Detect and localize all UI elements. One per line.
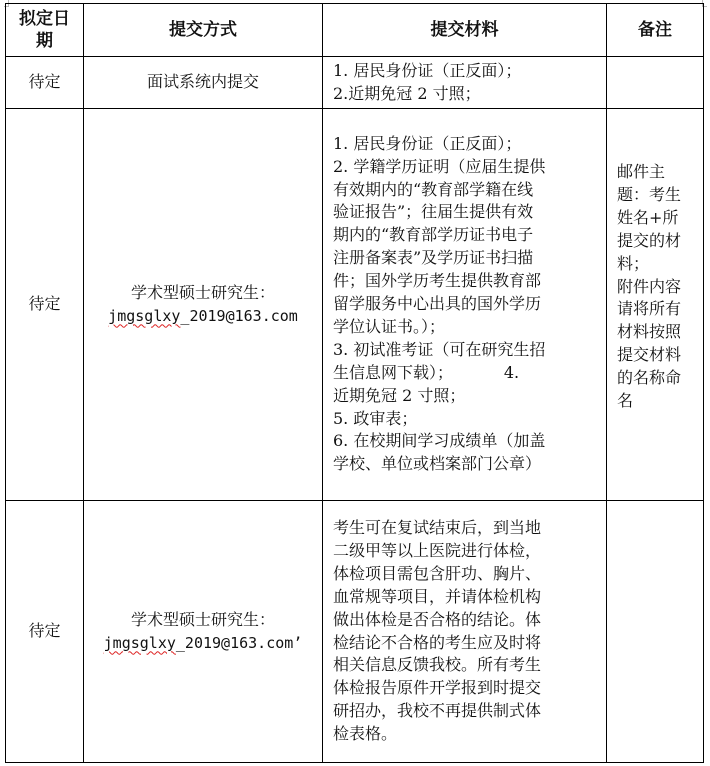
note-line: 的名称命 [617, 367, 697, 390]
materials-line: 体检项目需包含肝功、胸片、 [333, 563, 598, 586]
note-line: 附件内容 [617, 276, 697, 299]
materials-line: 考生可在复试结束后，到当地 [333, 517, 598, 540]
email-address[interactable]: jmgsglxy_2019@163.com’ [104, 634, 303, 652]
note-cell [607, 57, 704, 109]
materials-line: 验证报告”；往届生提供有效 [333, 201, 598, 224]
header-row: 拟定日 期 提交方式 提交材料 备注 [6, 4, 704, 57]
note-cell: 邮件主 题：考生 姓名+所 提交的材 料； 附件内容 请将所有 材料按照 提交材… [607, 109, 704, 501]
materials-line: 血常规等项目，并请体检机构 [333, 586, 598, 609]
materials-line: 2. 学籍学历证明（应届生提供 [333, 156, 598, 179]
email-domain: _2019@163.com’ [176, 634, 302, 652]
note-line: 姓名+所 [617, 207, 697, 230]
materials-line: 检表格。 [333, 723, 598, 746]
note-line: 提交的材 [617, 230, 697, 253]
materials-cell: 1. 居民身份证（正反面）； 2. 学籍学历证明（应届生提供 有效期内的“教育部… [323, 109, 607, 501]
materials-line: 做出体检是否合格的结论。体 [333, 609, 598, 632]
materials-line: 生信息网下载）； 4. [333, 362, 598, 385]
date-cell: 待定 [6, 57, 84, 109]
materials-line: 检结论不合格的考生应及时将 [333, 632, 598, 655]
header-note: 备注 [607, 4, 704, 57]
method-cell: 学术型硕士研究生： jmgsglxy_2019@163.com’ [84, 501, 323, 763]
header-date-line: 期 [6, 30, 83, 52]
materials-line: 学位认证书。）； [333, 316, 598, 339]
note-line: 邮件主 [617, 161, 697, 184]
table-row: 待定 学术型硕士研究生： jmgsglxy_2019@163.com 1. 居民… [6, 109, 704, 501]
materials-cell: 考生可在复试结束后，到当地 二级甲等以上医院进行体检， 体检项目需包含肝功、胸片… [323, 501, 607, 763]
date-cell: 待定 [6, 109, 84, 501]
note-cell [607, 501, 704, 763]
email-address[interactable]: jmgsglxy_2019@163.com [108, 307, 298, 325]
method-cell: 学术型硕士研究生： jmgsglxy_2019@163.com [84, 109, 323, 501]
submission-table: 拟定日 期 提交方式 提交材料 备注 待定 面试系统内提交 1. 居民身份证（正… [5, 3, 704, 763]
note-line: 名 [617, 390, 697, 413]
email-domain: _2019@163.com [180, 307, 297, 325]
email-user: jmgsglxy [104, 634, 176, 652]
materials-line: 有效期内的“教育部学籍在线 [333, 179, 598, 202]
header-date-line: 拟定日 [6, 8, 83, 30]
method-label: 学术型硕士研究生： [104, 609, 303, 632]
materials-line: 留学服务中心出具的国外学历 [333, 293, 598, 316]
materials-line: 2.近期免冠 2 寸照； [333, 83, 598, 106]
materials-line: 5. 政审表； [333, 408, 598, 431]
materials-line: 二级甲等以上医院进行体检， [333, 540, 598, 563]
materials-line: 6. 在校期间学习成绩单（加盖 [333, 430, 598, 453]
note-line: 请将所有 [617, 298, 697, 321]
header-date: 拟定日 期 [6, 4, 84, 57]
method-label: 学术型硕士研究生： [108, 282, 298, 305]
method-block: 学术型硕士研究生： jmgsglxy_2019@163.com [108, 282, 298, 328]
materials-line: 1. 居民身份证（正反面）； [333, 60, 598, 83]
materials-line: 研招办，我校不再提供制式体 [333, 700, 598, 723]
header-method: 提交方式 [84, 4, 323, 57]
materials-line: 学校、单位或档案部门公章） [333, 453, 598, 476]
note-line: 题：考生 [617, 184, 697, 207]
materials-line: 3. 初试准考证（可在研究生招 [333, 339, 598, 362]
materials-line: 期内的“教育部学历证书电子 [333, 224, 598, 247]
date-cell: 待定 [6, 501, 84, 763]
materials-line: 相关信息反馈我校。所有考生 [333, 654, 598, 677]
email-user: jmgsglxy [108, 307, 180, 325]
table-row: 待定 面试系统内提交 1. 居民身份证（正反面）； 2.近期免冠 2 寸照； [6, 57, 704, 109]
materials-line: 1. 居民身份证（正反面）； [333, 133, 598, 156]
materials-line: 注册备案表”及学历证书扫描 [333, 247, 598, 270]
materials-line: 近期免冠 2 寸照； [333, 385, 598, 408]
materials-line: 体检报告原件开学报到时提交 [333, 677, 598, 700]
note-line: 提交材料 [617, 344, 697, 367]
method-cell: 面试系统内提交 [84, 57, 323, 109]
materials-cell: 1. 居民身份证（正反面）； 2.近期免冠 2 寸照； [323, 57, 607, 109]
table-row: 待定 学术型硕士研究生： jmgsglxy_2019@163.com’ 考生可在… [6, 501, 704, 763]
note-line: 料； [617, 253, 697, 276]
method-block: 学术型硕士研究生： jmgsglxy_2019@163.com’ [104, 609, 303, 655]
header-materials: 提交材料 [323, 4, 607, 57]
materials-line: 件；国外学历考生提供教育部 [333, 270, 598, 293]
note-line: 材料按照 [617, 321, 697, 344]
